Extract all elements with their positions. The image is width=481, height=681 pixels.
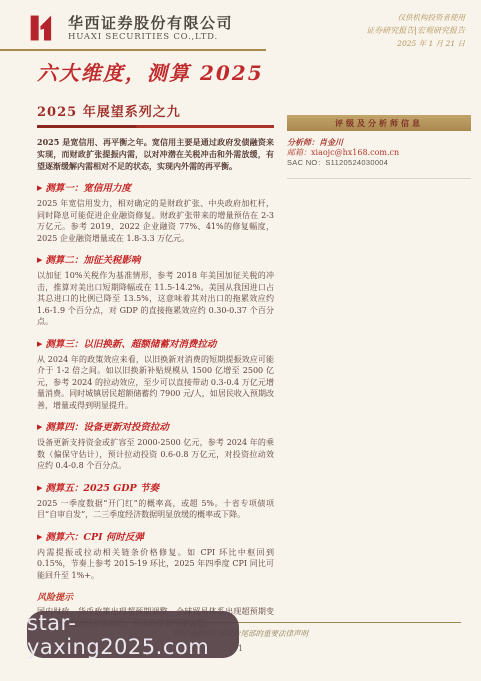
email-label: 邮箱： (287, 148, 311, 157)
watermark-overlay: star-yaxing2025.com (27, 611, 239, 658)
section-3-heading: ▶ 测算三：以旧换新、超额储蓄对消费拉动 (37, 336, 274, 350)
section-1-heading-text: 测算一：宽信用力度 (45, 180, 131, 194)
watermark-text: star-yaxing2025.com (27, 611, 239, 659)
section-5-body: 2025 一季度数据“开门红”的概率高，或超 5%。十省专项债项目“自审自发”，… (37, 498, 274, 521)
section-6: ▶ 测算六：CPI 何时反弹 内需提振或拉动相关链条价格修复。如 CPI 环比中… (37, 529, 274, 582)
analyst-panel-title: 评级及分析师信息 (287, 115, 471, 131)
report-page: 华西证券股份有限公司 HUAXI SECURITIES CO.,LTD. 仅供机… (0, 0, 481, 681)
section-6-heading: ▶ 测算六：CPI 何时反弹 (37, 529, 274, 543)
sac-label: SAC NO： (287, 158, 325, 167)
risk-heading: 风险提示 (37, 590, 274, 603)
section-2: ▶ 测算二：加征关税影响 以加征 10%关税作为基准情形，参考 2018 年美国… (37, 252, 274, 328)
section-2-body: 以加征 10%关税作为基准情形，参考 2018 年美国加征关税的冲击，推算对美出… (37, 270, 274, 328)
triangle-bullet-icon: ▶ (37, 255, 42, 264)
sac-number: S1120524030004 (325, 158, 388, 167)
triangle-bullet-icon: ▶ (37, 422, 42, 431)
company-name-cn: 华西证券股份有限公司 (68, 14, 233, 32)
investor-notice: 仅供机构投资者使用 (366, 11, 465, 24)
analyst-email-line: 邮箱：xiaojc@hx168.com.cn (287, 148, 471, 159)
report-date: 2025 年 1 月 21 日 (366, 37, 465, 50)
summary-intro: 2025 是宽信用、再平衡之年。宽信用主要是通过政府发债融资来实现，而财政扩张提… (37, 136, 274, 172)
sidebar-divider (287, 178, 471, 179)
triangle-bullet-icon: ▶ (37, 339, 42, 348)
report-type: 证券研究报告|宏观研究报告 (366, 24, 465, 37)
section-2-heading-text: 测算二：加征关税影响 (45, 252, 140, 266)
section-4-heading-text: 测算四：设备更新对投资拉动 (45, 419, 169, 433)
subtitle-divider (37, 125, 274, 128)
triangle-bullet-icon: ▶ (37, 483, 42, 492)
section-5-heading: ▶ 测算五：2025 GDP 节奏 (37, 480, 274, 494)
section-1-heading: ▶ 测算一：宽信用力度 (37, 180, 274, 194)
section-6-body: 内需提振或拉动相关链条价格修复。如 CPI 环比中枢回到 0.15%，节奏上参考… (37, 547, 274, 582)
section-1: ▶ 测算一：宽信用力度 2025 年宽信用发力，相对确定的是财政扩张、中央政府加… (37, 180, 274, 244)
analyst-name-line: 分析师：肖金川 (287, 137, 471, 148)
section-3-heading-text: 测算三：以旧换新、超额储蓄对消费拉动 (45, 336, 216, 350)
company-name-en: HUAXI SECURITIES CO.,LTD. (68, 32, 233, 43)
header-meta: 仅供机构投资者使用 证券研究报告|宏观研究报告 2025 年 1 月 21 日 (366, 11, 465, 50)
analyst-name: 肖金川 (319, 137, 343, 147)
analyst-label: 分析师： (287, 137, 319, 147)
section-2-heading: ▶ 测算二：加征关税影响 (37, 252, 274, 266)
sidebar: 评级及分析师信息 分析师：肖金川 邮箱：xiaojc@hx168.com.cn … (287, 115, 471, 179)
section-4-body: 设备更新支持资金或扩容至 2000-2500 亿元，参考 2024 年的乘数（偏… (37, 437, 274, 472)
main-column: 六大维度，测算 2025 2025 年展望系列之九 2025 是宽信用、再平衡之… (37, 57, 274, 629)
section-4-heading: ▶ 测算四：设备更新对投资拉动 (37, 419, 274, 433)
triangle-bullet-icon: ▶ (37, 532, 42, 541)
report-title: 六大维度，测算 2025 (37, 57, 274, 86)
header-divider (0, 49, 266, 51)
report-series-subtitle: 2025 年展望系列之九 (37, 101, 274, 120)
section-3-body: 从 2024 年的政策效应来看，以旧换新对消费的短期提振效应可能介于 1-2 倍… (37, 354, 274, 412)
section-3: ▶ 测算三：以旧换新、超额储蓄对消费拉动 从 2024 年的政策效应来看，以旧换… (37, 336, 274, 412)
huaxi-logo-icon (28, 13, 60, 43)
section-1-body: 2025 年宽信用发力，相对确定的是财政扩张、中央政府加杠杆，同时降息可能促进企… (37, 198, 274, 244)
section-6-heading-text: 测算六：CPI 何时反弹 (45, 529, 143, 543)
section-4: ▶ 测算四：设备更新对投资拉动 设备更新支持资金或扩容至 2000-2500 亿… (37, 419, 274, 472)
company-name-block: 华西证券股份有限公司 HUAXI SECURITIES CO.,LTD. (68, 14, 233, 43)
section-5: ▶ 测算五：2025 GDP 节奏 2025 一季度数据“开门红”的概率高，或超… (37, 480, 274, 521)
triangle-bullet-icon: ▶ (37, 183, 42, 192)
analyst-sac-line: SAC NO：S1120524030004 (287, 158, 471, 169)
header: 华西证券股份有限公司 HUAXI SECURITIES CO.,LTD. (28, 13, 233, 43)
section-5-heading-text: 测算五：2025 GDP 节奏 (45, 480, 159, 494)
analyst-email: xiaojc@hx168.com.cn (311, 148, 399, 157)
analyst-info: 分析师：肖金川 邮箱：xiaojc@hx168.com.cn SAC NO：S1… (287, 137, 471, 169)
